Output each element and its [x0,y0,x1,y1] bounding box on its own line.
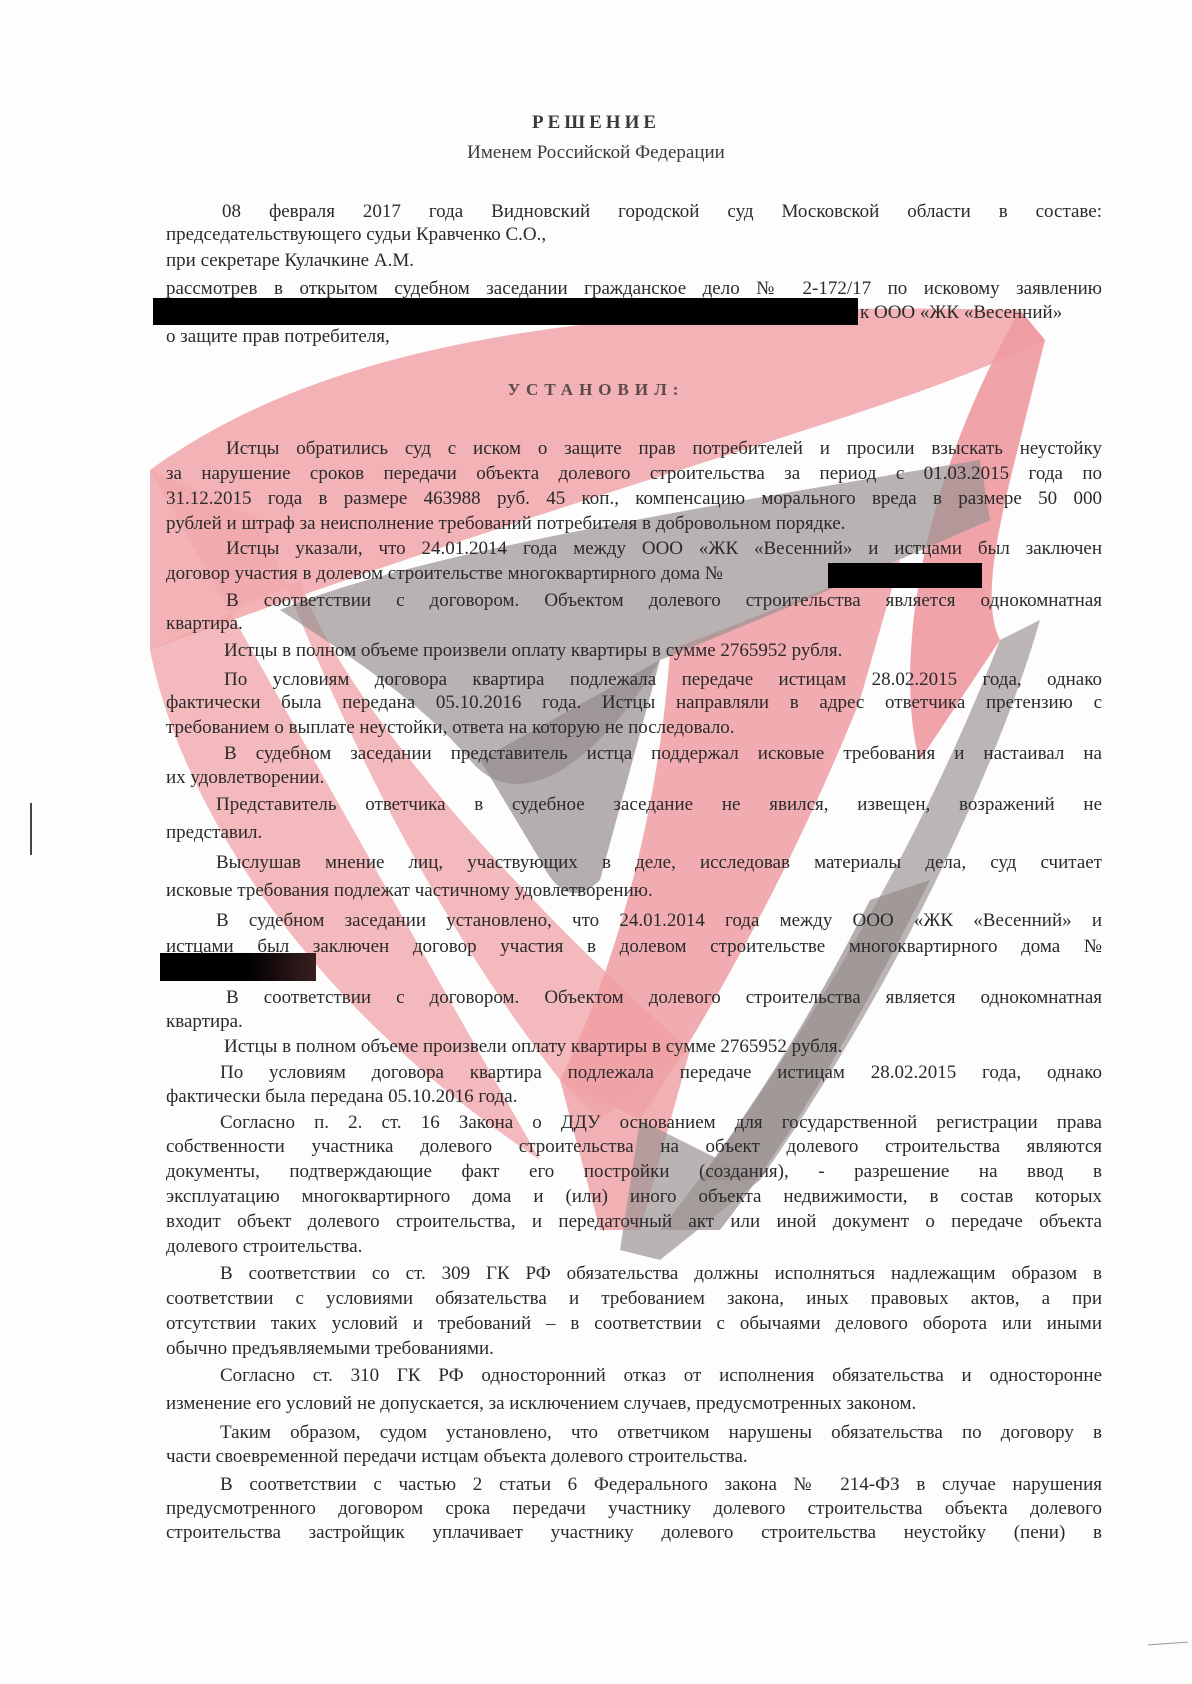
para-line: фактически была передана 05.10.2016 года… [166,692,1102,714]
para-line: Истцы в полном объеме произвели оплату к… [224,1036,842,1058]
intro-line-3: при секретаре Кулачкине А.М. [166,250,414,272]
intro-line-5: к ООО «ЖК «Весенний» [860,302,1062,324]
redacted-plaintiffs [153,298,858,325]
para-line: входит объект долевого строительства, и … [166,1211,1102,1233]
para-line: Представитель ответчика в судебное засед… [216,794,1102,816]
para-line: изменение его условий не допускается, за… [166,1393,916,1415]
para-line: В соответствии со ст. 309 ГК РФ обязател… [220,1263,1102,1285]
para-line: По условиям договора квартира подлежала … [224,669,1102,691]
document-subtitle: Именем Российской Федерации [0,142,1192,164]
para-line: квартира. [166,613,243,635]
intro-line-1: 08 февраля 2017 года Видновский городско… [222,201,1102,223]
document-title: РЕШЕНИЕ [0,112,1192,134]
para-line: рублей и штраф за неисполнение требовани… [166,513,845,535]
para-line: квартира. [166,1011,243,1033]
para-line: В соответствии с договором. Объектом дол… [226,590,1102,612]
para-line: предусмотренного договором срока передач… [166,1498,1102,1520]
para-line: Истцы указали, что 24.01.2014 года между… [226,538,1102,560]
section-heading: УСТАНОВИЛ: [0,379,1192,401]
document-body: РЕШЕНИЕ Именем Российской Федерации 08 ф… [0,0,1192,1684]
para-line: отсутствии таких условий и требований – … [166,1313,1102,1335]
para-line: Согласно п. 2. ст. 16 Закона о ДДУ основ… [220,1112,1102,1134]
para-line: По условиям договора квартира подлежала … [220,1062,1102,1084]
para-line: документы, подтверждающие факт его постр… [166,1161,1102,1183]
intro-line-6: о защите прав потребителя, [166,326,390,348]
para-line: собственности участника долевого строите… [166,1136,1102,1158]
para-line: представил. [166,822,262,844]
redacted-house-number-2 [160,953,316,981]
intro-line-4: рассмотрев в открытом судебном заседании… [166,278,1102,300]
para-line: В соответствии с договором. Объектом дол… [226,987,1102,1009]
redacted-house-number [828,563,982,588]
para-line: Выслушав мнение лиц, участвующих в деле,… [216,852,1102,874]
para-line: Согласно ст. 310 ГК РФ односторонний отк… [220,1365,1102,1387]
para-line: 31.12.2015 года в размере 463988 руб. 45… [166,488,1102,510]
para-line: В соответствии с частью 2 статьи 6 Федер… [220,1474,1102,1496]
para-line: эксплуатацию многоквартирного дома и (ил… [166,1186,1102,1208]
para-line: за нарушение сроков передачи объекта дол… [166,463,1102,485]
para-line: В судебном заседании представитель истца… [224,743,1102,765]
para-line: В судебном заседании установлено, что 24… [216,910,1102,932]
para-line: строительства застройщик уплачивает учас… [166,1522,1102,1544]
para-line: обычно предъявляемыми требованиями. [166,1338,494,1360]
para-line: Истцы в полном объеме произвели оплату к… [224,640,842,662]
para-line: Истцы обратились суд с иском о защите пр… [226,438,1102,460]
para-line: части своевременной передачи истцам объе… [166,1446,748,1468]
intro-line-2: председательствующего судьи Кравченко С.… [166,224,546,246]
document-page: РЕШЕНИЕ Именем Российской Федерации 08 ф… [0,0,1192,1684]
para-line: требованием о выплате неустойки, ответа … [166,717,735,739]
para-line: соответствии с условиями обязательства и… [166,1288,1102,1310]
para-line: долевого строительства. [166,1236,362,1258]
para-line: договор участия в долевом строительстве … [166,563,723,585]
para-line: исковые требования подлежат частичному у… [166,880,653,902]
para-line: Таким образом, судом установлено, что от… [220,1422,1102,1444]
para-line: их удовлетворении. [166,767,324,789]
para-line: фактически была передана 05.10.2016 года… [166,1086,517,1108]
